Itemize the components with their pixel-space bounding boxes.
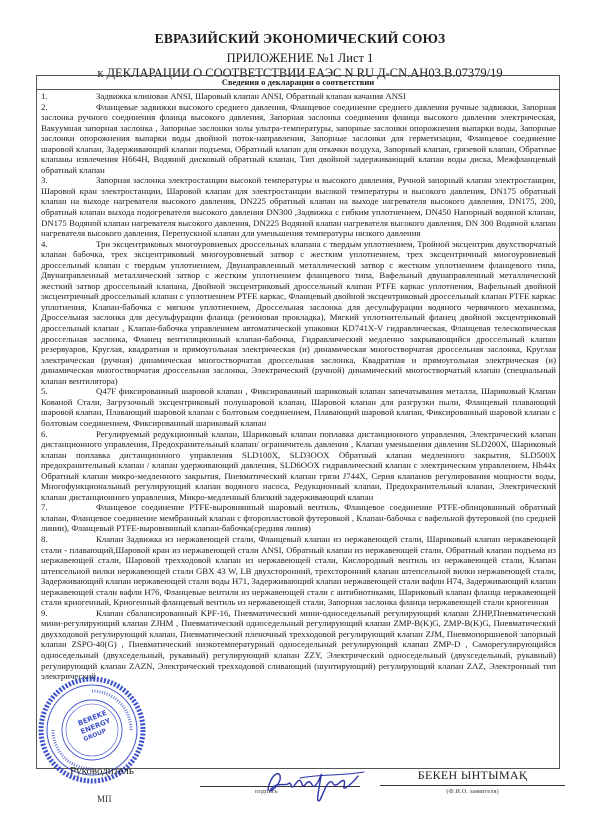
list-item: 6.Регулируемый редукционный клапан, Шари… (41, 429, 556, 503)
item-number: 6. (41, 429, 96, 440)
item-number: 5. (41, 386, 96, 397)
item-text: Задвижка клиновая ANSI, Шаровый клапан A… (96, 91, 406, 101)
item-number: 9. (41, 608, 96, 619)
item-text: Фланцевое соединение PTFE-выровнянный ша… (41, 502, 556, 533)
item-number: 1. (41, 91, 96, 102)
list-item: 9.Клапан сбалансированный KPF-16, Пневма… (41, 608, 556, 682)
item-number: 7. (41, 502, 96, 513)
signer-name: БЕКЕН ЫНТЫМАҚ (380, 768, 565, 783)
name-caption: (Ф.И.О. заявителя) (380, 788, 565, 795)
list-item: 4.Три эксцентриковых многоуровневых дрос… (41, 239, 556, 387)
item-text: Клапан Задвижка из нержавеющей стали, Фл… (41, 534, 556, 607)
item-text: Регулируемый редукционный клапан, Шарико… (41, 429, 556, 502)
item-number: 2. (41, 102, 96, 113)
item-text: Три эксцентриковых многоуровневых дроссе… (41, 239, 556, 386)
list-item: 8.Клапан Задвижка из нержавеющей стали, … (41, 534, 556, 608)
item-text: Фланцевые задвижки высокого среднего дав… (41, 102, 556, 175)
seal-label: МП (97, 794, 112, 804)
item-number: 3. (41, 175, 96, 186)
item-text: Q47F фиксированный шаровой клапан , Фикс… (41, 386, 556, 428)
appendix-title: ПРИЛОЖЕНИЕ №1 Лист 1 (0, 51, 600, 66)
signer-role: Руководитель (70, 765, 134, 777)
name-line (380, 785, 565, 786)
list-item: 5.Q47F фиксированный шаровой клапан , Фи… (41, 386, 556, 428)
item-text: Клапан сбалансированный KPF-16, Пневмати… (41, 608, 556, 681)
document-header: ЕВРАЗИЙСКИЙ ЭКОНОМИЧЕСКИЙ СОЮЗ ПРИЛОЖЕНИ… (0, 30, 600, 81)
table-title: Сведения о декларации о соответствии (37, 76, 559, 90)
item-text: Запорная заслонка электростанции высокой… (41, 175, 556, 238)
list-item: 7.Фланцевое соединение PTFE-выровнянный … (41, 502, 556, 534)
product-list: 1.Задвижка клиновая ANSI, Шаровый клапан… (37, 90, 559, 682)
item-number: 8. (41, 534, 96, 545)
list-item: 3.Запорная заслонка электростанции высок… (41, 175, 556, 238)
union-title: ЕВРАЗИЙСКИЙ ЭКОНОМИЧЕСКИЙ СОЮЗ (0, 30, 600, 48)
item-number: 4. (41, 239, 96, 250)
handwritten-signature (260, 760, 370, 810)
list-item: 1.Задвижка клиновая ANSI, Шаровый клапан… (41, 91, 556, 102)
declaration-details-table: Сведения о декларации о соответствии 1.З… (36, 75, 560, 769)
list-item: 2.Фланцевые задвижки высокого среднего д… (41, 102, 556, 176)
